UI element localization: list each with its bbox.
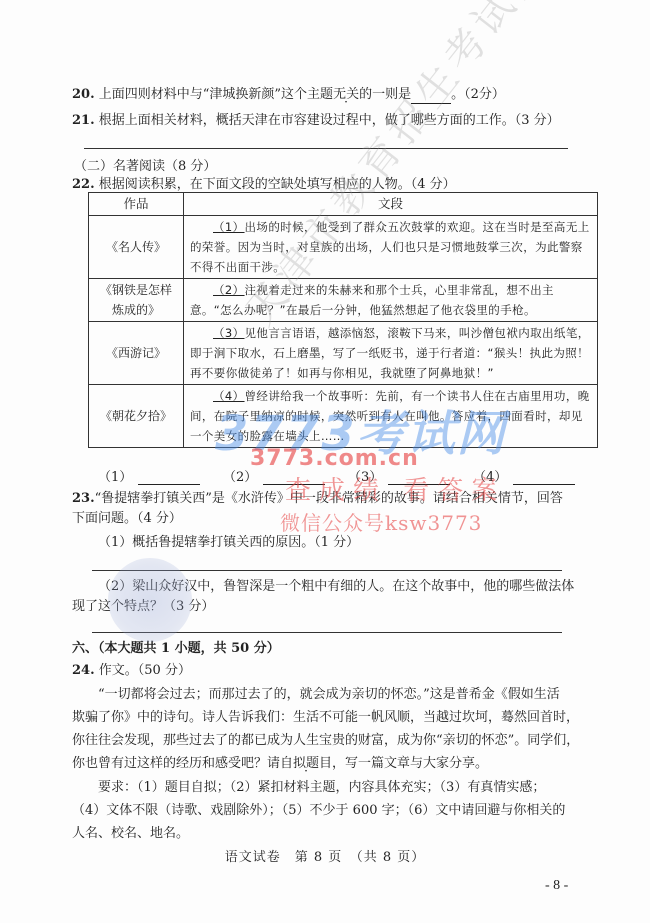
header-passage: 文段 <box>184 193 598 216</box>
q24-para1-line1: “一切都将会过去；而那过去了的，就会成为亲切的怀恋。”这是普希金《假如生活 <box>98 686 560 704</box>
q24-para1-line4: 你也曾有过这样的经历和感受吧？请自拟题目，写一篇文章与大家分享。 <box>72 755 488 773</box>
header-work: 作品 <box>89 193 184 216</box>
q24-title: 作文。（50 分） <box>99 663 191 678</box>
table-row: 《西游记》 （3）见他言言语语，越添恼怒，滚鞍下马来，叫沙僧包袱内取出纸笔，即于… <box>89 322 598 385</box>
work-title: 《西游记》 <box>89 322 184 385</box>
q21-answer-line[interactable] <box>84 148 568 149</box>
q20-emphasis: 无关 <box>333 87 359 102</box>
work-title: 《朝花夕拾》 <box>89 385 184 448</box>
exam-page: 20. 上面四则材料中与“津城换新颜”这个主题无关的一则是。（2分） 21. 根… <box>0 0 650 923</box>
section-2-title: （二）名著阅读（8 分） <box>74 158 216 176</box>
q24-para1-line3: 你往往会发现，那些过去了的都已成为人生宝贵的财富，成为你“亲切的怀恋”。同学们， <box>72 732 579 750</box>
q21-number: 21. <box>72 113 95 128</box>
q24-number: 24. <box>72 663 95 678</box>
table-row: 《钢铁是怎样炼成的》 （2）注视着走过来的朱赫来和那个士兵，心里非常乱，想不出主… <box>89 279 598 322</box>
work-title: 《名人传》 <box>89 216 184 279</box>
section-6-title: 六、（本大题共 1 小题，共 50 分） <box>72 640 280 658</box>
q23-number: 23. <box>72 491 95 506</box>
q21-text: 根据上面相关材料，概括天津在市容建设过程中，做了哪些方面的工作。（3 分） <box>99 113 560 128</box>
answer-item: （1） <box>98 466 223 485</box>
page-number: - 8 - <box>545 878 568 894</box>
question-21: 21. 根据上面相关材料，概括天津在市容建设过程中，做了哪些方面的工作。（3 分… <box>72 112 560 130</box>
answer-blank-1[interactable] <box>138 470 200 485</box>
q24-requirements-line2: （4）文体不限（诗歌、戏剧除外）；（5）不少于 600 字；（6）文中请回避与你… <box>72 802 565 820</box>
page-footer: 语文试卷 第 8 页 （共 8 页） <box>0 846 650 865</box>
blank-label[interactable]: （3） <box>213 326 245 340</box>
q23-text-line2: 下面问题。（4 分） <box>72 510 182 528</box>
question-24: 24. 作文。（50 分） <box>72 662 191 680</box>
passage-text: （1）出场的时候，他受到了群众五次鼓掌的欢迎。这在当时是至高无上的荣誉。因为当时… <box>184 216 598 279</box>
q23-sub1: （1）概括鲁提辖拳打镇关西的原因。（1 分） <box>98 534 359 552</box>
q20-text-before: 上面四则材料中与“津城换新颜”这个主题 <box>99 87 333 102</box>
answer-blank-4[interactable] <box>513 470 575 485</box>
blank-label[interactable]: （1） <box>213 220 245 234</box>
q22-number: 22. <box>72 177 95 192</box>
red-text-watermark-2: 微信公众号ksw3773 <box>280 507 482 536</box>
q20-number: 20. <box>72 87 95 102</box>
q24-para1-line2: 欺骗了你》中的诗句。诗人告诉我们：生活不可能一帆风顺，当越过坎坷，蓦然回首时， <box>72 709 579 727</box>
seal-stamp-icon <box>108 558 192 642</box>
q24-requirements-line3: 人名、校名、地名。 <box>72 825 189 843</box>
q22-text: 根据阅读积累，在下面文段的空缺处填写相应的人物。（4 分） <box>99 177 456 192</box>
work-title: 《钢铁是怎样炼成的》 <box>89 279 184 322</box>
q24-emphasis: 自拟题目 <box>280 756 332 771</box>
passage-text: （3）见他言言语语，越添恼怒，滚鞍下马来，叫沙僧包袱内取出纸笔，即于涧下取水，石… <box>184 322 598 385</box>
q24-requirements-line1: 要求：（1）题目自拟；（2）紧扣材料主题，内容具体充实；（3）有真情实感； <box>98 779 545 797</box>
red-url-watermark: 3773.com.cn <box>250 446 419 471</box>
red-text-watermark-1: 查成绩 看答案 <box>285 470 505 507</box>
